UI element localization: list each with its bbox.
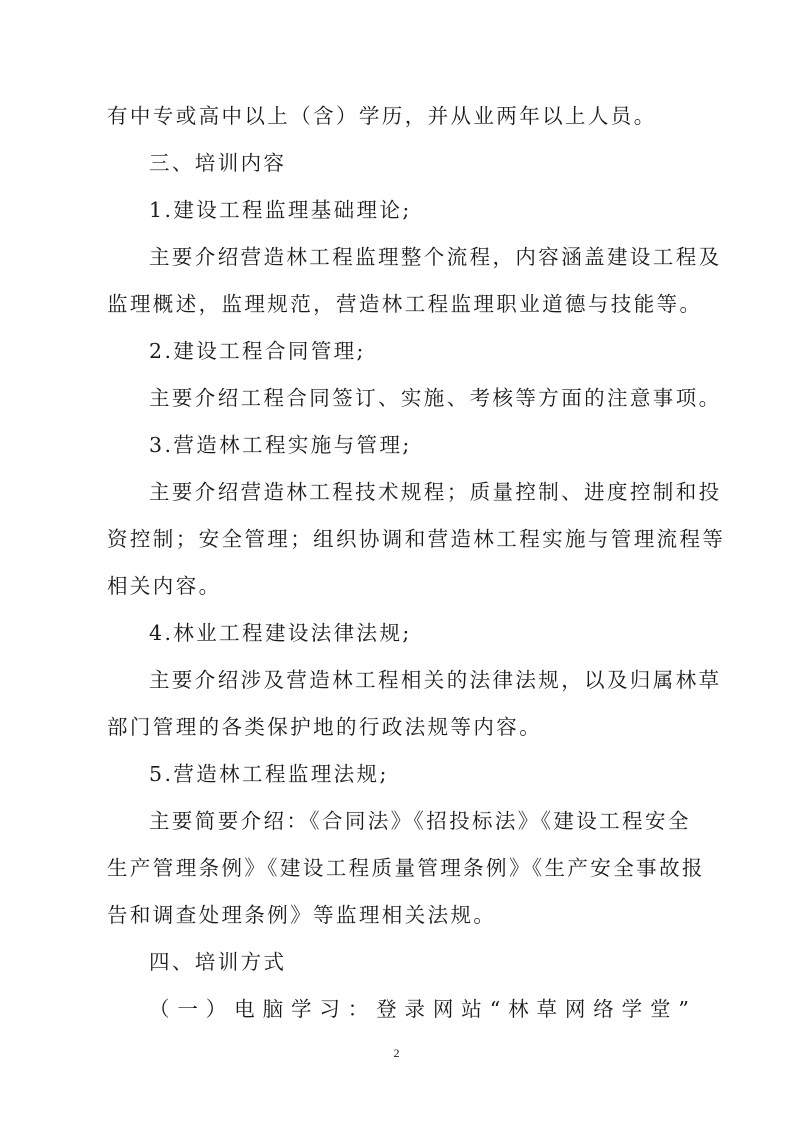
paragraph-line: 监理概述，监理规范，营造林工程监理职业道德与技能等。 <box>107 284 689 331</box>
item-heading-1: 1.建设工程监理基础理论; <box>107 190 689 237</box>
paragraph-line: 主要介绍营造林工程技术规程；质量控制、进度控制和投 <box>107 472 689 519</box>
char: 草 <box>536 989 557 1036</box>
paragraph-line: 告和调查处理条例》等监理相关法规。 <box>107 895 689 942</box>
char: 登 <box>376 989 397 1036</box>
section-heading-training-content: 三、培训内容 <box>107 143 689 190</box>
char: 网 <box>433 989 454 1036</box>
item-heading-2: 2.建设工程合同管理; <box>107 331 689 378</box>
char: ） <box>206 989 227 1036</box>
char: 络 <box>593 989 614 1036</box>
paragraph-line-justified: （ 一 ） 电 脑 学 习 ： 登 录 网 站 “ 林 草 网 络 学 堂 ” <box>107 989 689 1036</box>
paragraph-line: 主要简要介绍：《合同法》《招投标法》《建设工程安全 <box>107 801 689 848</box>
char: ” <box>678 989 688 1036</box>
item-heading-4: 4.林业工程建设法律法规; <box>107 613 689 660</box>
paragraph-line: 主要介绍涉及营造林工程相关的法律法规，以及归属林草 <box>107 660 689 707</box>
paragraph-line: 部门管理的各类保护地的行政法规等内容。 <box>107 707 689 754</box>
char: 脑 <box>263 989 284 1036</box>
char: 录 <box>405 989 426 1036</box>
paragraph-line: 有中专或高中以上（含）学历，并从业两年以上人员。 <box>107 96 689 143</box>
item-heading-3: 3.营造林工程实施与管理; <box>107 425 689 472</box>
char: ： <box>348 989 369 1036</box>
char: 习 <box>319 989 340 1036</box>
char: “ <box>490 989 500 1036</box>
char: 电 <box>234 989 255 1036</box>
paragraph-line: 相关内容。 <box>107 566 689 613</box>
char: 站 <box>461 989 482 1036</box>
char: 学 <box>291 989 312 1036</box>
document-page: 有中专或高中以上（含）学历，并从业两年以上人员。 三、培训内容 1.建设工程监理… <box>107 96 689 1036</box>
char: 林 <box>508 989 529 1036</box>
page-number: 2 <box>0 1046 793 1061</box>
char: 网 <box>565 989 586 1036</box>
char: 堂 <box>650 989 671 1036</box>
item-heading-5: 5.营造林工程监理法规; <box>107 754 689 801</box>
char: 一 <box>177 989 198 1036</box>
char: 学 <box>622 989 643 1036</box>
paragraph-line: 主要介绍营造林工程监理整个流程，内容涵盖建设工程及 <box>107 237 689 284</box>
section-heading-training-method: 四、培训方式 <box>107 942 689 989</box>
paragraph-line: 资控制；安全管理；组织协调和营造林工程实施与管理流程等 <box>107 519 689 566</box>
char: （ <box>149 989 170 1036</box>
paragraph-line: 主要介绍工程合同签订、实施、考核等方面的注意事项。 <box>107 378 689 425</box>
paragraph-line: 生产管理条例》《建设工程质量管理条例》《生产安全事故报 <box>107 848 689 895</box>
